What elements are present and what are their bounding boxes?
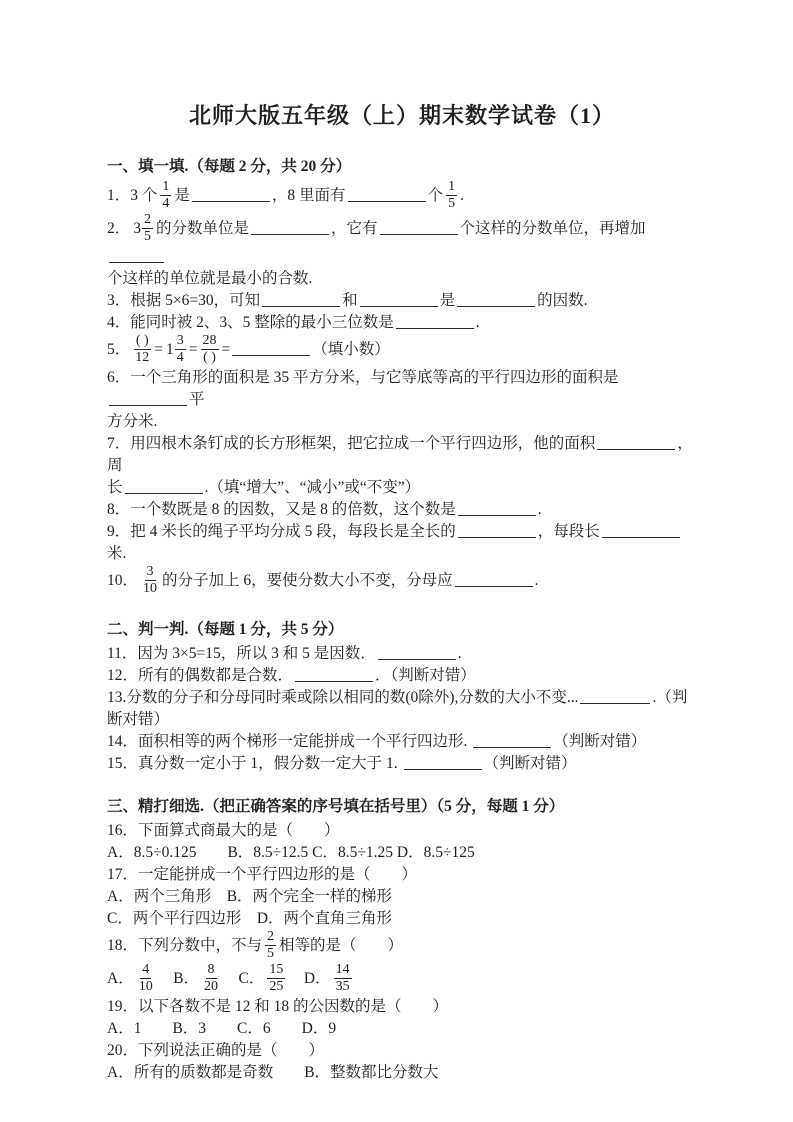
text-run: 个: [428, 187, 444, 204]
text-run: =: [154, 341, 163, 358]
fraction: ( )12: [133, 333, 151, 366]
fraction: 820: [202, 962, 220, 995]
text-run: .: [538, 501, 542, 518]
answer-blank: [580, 689, 650, 704]
fraction-stack: 410: [137, 962, 155, 995]
answer-blank: [251, 220, 329, 235]
question-17-options-cd: C．两个平行四边形 D．两个直角三角形: [107, 908, 697, 930]
fraction-numerator: 4: [140, 962, 151, 979]
answer-blank: [360, 292, 438, 307]
text-run: 2．: [107, 220, 130, 237]
fraction-stack: 1435: [334, 962, 352, 995]
fraction-numerator: 28: [201, 333, 219, 350]
text-run: A．1 B．3 C．6 D．9: [107, 1020, 336, 1037]
answer-blank: [232, 341, 310, 356]
text-run: 4．能同时被 2、3、5 整除的最小三位数是: [107, 314, 394, 331]
text-run: 的因数.: [537, 292, 587, 309]
fraction-stack: 15: [446, 179, 457, 212]
fraction-numerator: 1: [446, 179, 457, 196]
fraction: 1525: [267, 962, 285, 995]
text-run: 11．因为 3×5=15，所以 3 和 5 是因数．: [107, 645, 376, 662]
fraction-whole: 3: [133, 218, 141, 240]
answer-blank: [380, 220, 458, 235]
question-20-options: A．所有的质数都是奇数 B．整数都比分数大: [107, 1062, 697, 1084]
text-run: 的分数单位是: [156, 220, 249, 237]
text-run: 方分米.: [107, 413, 157, 430]
answer-blank: [109, 248, 164, 263]
text-run: D．: [288, 970, 330, 987]
question-5: 5．( )12=134=28( )=（填小数）: [107, 334, 697, 367]
section-2-heading: 二、判一判.（每题 1 分，共 5 分）: [107, 619, 697, 641]
answer-blank: [455, 572, 533, 587]
text-run: .: [535, 572, 539, 589]
question-18-options: A．410 B．820 C．1525 D．1435: [107, 963, 697, 996]
fraction: 15: [446, 179, 457, 212]
text-run: 个这样的单位就是最小的合数.: [107, 270, 312, 287]
text-run: 14．面积相等的两个梯形一定能拼成一个平行四边形.: [107, 733, 471, 750]
answer-blank: [348, 187, 426, 202]
answer-blank: [125, 479, 203, 494]
answer-blank: [597, 435, 675, 450]
section-1-heading: 一、填一填.（每题 2 分，共 20 分）: [107, 156, 697, 178]
text-run: 相等的是（ ）: [279, 937, 403, 954]
fraction-denominator: 4: [175, 350, 186, 366]
text-run: B．: [158, 970, 199, 987]
fraction: 325: [133, 212, 153, 245]
text-run: （判断对错）: [484, 755, 577, 772]
text-run: .（判: [652, 689, 687, 706]
question-7-cont: 长.（填“增大”、“减小”或“不变”）: [107, 477, 697, 499]
fraction-whole: 1: [166, 339, 174, 361]
fraction: 14: [160, 179, 171, 212]
fraction-stack: 1525: [267, 962, 285, 995]
text-run: 13.分数的分子和分母同时乘或除以相同的数(0除外),分数的大小不变...: [107, 689, 578, 706]
text-run: 12．所有的偶数都是合数．: [107, 667, 293, 684]
text-run: A．: [107, 970, 134, 987]
question-2-cont: 个这样的单位就是最小的合数.: [107, 268, 697, 290]
fraction-denominator: 25: [267, 979, 285, 995]
question-18: 18．下列分数中，不与25相等的是（ ）: [107, 930, 697, 963]
text-run: 是: [174, 187, 190, 204]
fraction-numerator: 2: [142, 212, 153, 229]
text-run: 9．把 4 米长的绳子平均分成 5 段，每段长是全长的: [107, 523, 456, 540]
fraction: 134: [166, 333, 186, 366]
question-4: 4．能同时被 2、3、5 整除的最小三位数是.: [107, 312, 697, 334]
fraction: 28( ): [201, 333, 219, 366]
answer-blank: [404, 755, 482, 770]
text-run: C．两个平行四边形 D．两个直角三角形: [107, 910, 392, 927]
question-17-options-ab: A．两个三角形 B．两个完全一样的梯形: [107, 886, 697, 908]
page-title: 北师大版五年级（上）期末数学试卷（1）: [107, 100, 697, 132]
fraction: 410: [137, 962, 155, 995]
exam-content: 一、填一填.（每题 2 分，共 20 分）1．3 个14是，8 里面有个15.2…: [107, 156, 697, 1084]
text-run: A．所有的质数都是奇数 B．整数都比分数大: [107, 1064, 439, 1081]
text-run: 是: [440, 292, 456, 309]
text-run: 平: [189, 391, 205, 408]
text-run: 19．以下各数不是 12 和 18 的公因数的是（ ）: [107, 998, 448, 1015]
text-run: 20．下列说法正确的是（ ）: [107, 1042, 324, 1059]
fraction-denominator: 12: [133, 350, 151, 366]
fraction-denominator: 4: [160, 196, 171, 212]
fraction: 1435: [334, 962, 352, 995]
question-17: 17．一定能拼成一个平行四边形的是（ ）: [107, 864, 697, 886]
fraction-stack: 820: [202, 962, 220, 995]
answer-blank: [396, 314, 474, 329]
question-19: 19．以下各数不是 12 和 18 的公因数的是（ ）: [107, 996, 697, 1018]
text-run: 三、精打细选.（把正确答案的序号填在括号里）（5 分，每题 1 分）: [107, 798, 564, 815]
question-14: 14．面积相等的两个梯形一定能拼成一个平行四边形. （判断对错）: [107, 731, 697, 753]
text-run: （判断对错）: [553, 733, 646, 750]
fraction-denominator: ( ): [201, 350, 218, 366]
text-run: 3．根据 5×6=30，可知: [107, 292, 260, 309]
answer-blank: [458, 501, 536, 516]
answer-blank: [473, 733, 551, 748]
question-6-cont: 方分米.: [107, 411, 697, 433]
answer-blank: [192, 187, 270, 202]
text-run: .: [458, 645, 462, 662]
fraction-numerator: 14: [334, 962, 352, 979]
fraction-denominator: 5: [142, 229, 153, 245]
text-run: 1．3 个: [107, 187, 157, 204]
answer-blank: [262, 292, 340, 307]
section-3-heading: 三、精打细选.（把正确答案的序号填在括号里）（5 分，每题 1 分）: [107, 796, 697, 818]
fraction-denominator: 10: [141, 581, 159, 597]
text-run: .: [460, 187, 464, 204]
fraction-denominator: 5: [265, 946, 276, 962]
fraction-numerator: ( ): [134, 333, 151, 350]
text-run: 16．下面算式商最大的是（ ）: [107, 822, 340, 839]
question-8: 8．一个数既是 8 的因数，又是 8 的倍数，这个数是.: [107, 499, 697, 521]
question-20: 20．下列说法正确的是（ ）: [107, 1040, 697, 1062]
fraction-denominator: 5: [446, 196, 457, 212]
fraction-stack: ( )12: [133, 333, 151, 366]
question-6: 6．一个三角形的面积是 35 平方分米，与它等底等高的平行四边形的面积是平: [107, 367, 697, 411]
question-11: 11．因为 3×5=15，所以 3 和 5 是因数．.: [107, 643, 697, 665]
question-12: 12．所有的偶数都是合数．．（判断对错）: [107, 665, 697, 687]
text-run: 长: [107, 479, 123, 496]
fraction-stack: 34: [175, 333, 186, 366]
question-19-options: A．1 B．3 C．6 D．9: [107, 1018, 697, 1040]
fraction-numerator: 2: [265, 929, 276, 946]
text-run: A．8.5÷0.125 B．8.5÷12.5 C．8.5÷1.25 D．8.5÷…: [107, 844, 475, 861]
fraction-stack: 310: [141, 564, 159, 597]
text-run: 和: [342, 292, 358, 309]
question-15: 15．真分数一定小于 1，假分数一定大于 1. （判断对错）: [107, 753, 697, 775]
text-run: 二、判一判.（每题 1 分，共 5 分）: [107, 621, 343, 638]
text-run: C．: [223, 970, 264, 987]
fraction-stack: 25: [142, 212, 153, 245]
text-run: .: [476, 314, 480, 331]
fraction-denominator: 10: [137, 979, 155, 995]
text-run: （填小数）: [312, 341, 390, 358]
answer-blank: [457, 292, 535, 307]
exam-page: 北师大版五年级（上）期末数学试卷（1） 一、填一填.（每题 2 分，共 20 分…: [0, 0, 793, 1122]
text-run: 18．下列分数中，不与: [107, 937, 262, 954]
fraction-numerator: 8: [206, 962, 217, 979]
text-run: A．两个三角形 B．两个完全一样的梯形: [107, 888, 392, 905]
text-run: ，它有: [331, 220, 378, 237]
text-run: =: [189, 341, 198, 358]
text-run: ，8 里面有: [272, 187, 346, 204]
question-1: 1．3 个14是，8 里面有个15.: [107, 180, 697, 213]
fraction-numerator: 3: [175, 333, 186, 350]
fraction-numerator: 1: [160, 179, 171, 196]
text-run: 15．真分数一定小于 1，假分数一定大于 1.: [107, 755, 402, 772]
question-10: 10．310的分子加上 6，要使分数大小不变，分母应.: [107, 565, 697, 598]
fraction: 25: [265, 929, 276, 962]
text-run: 断对错）: [107, 711, 169, 728]
text-run: 米.: [107, 545, 126, 562]
text-run: 5．: [107, 341, 130, 358]
text-run: =: [222, 341, 231, 358]
text-run: 个这样的分数单位，再增加: [460, 220, 646, 237]
question-2: 2．325的分数单位是，它有个这样的分数单位，再增加: [107, 213, 697, 268]
fraction-stack: 14: [160, 179, 171, 212]
fraction-stack: 25: [265, 929, 276, 962]
question-16: 16．下面算式商最大的是（ ）: [107, 820, 697, 842]
question-3: 3．根据 5×6=30，可知和是的因数.: [107, 290, 697, 312]
fraction: 310: [141, 564, 159, 597]
text-run: 一、填一填.（每题 2 分，共 20 分）: [107, 158, 351, 175]
fraction-numerator: 15: [267, 962, 285, 979]
text-run: 7．用四根木条钉成的长方形框架，把它拉成一个平行四边形，他的面积: [107, 435, 595, 452]
text-run: ，每段长: [538, 523, 600, 540]
fraction-numerator: 3: [145, 564, 156, 581]
question-9: 9．把 4 米长的绳子平均分成 5 段，每段长是全长的，每段长米.: [107, 521, 697, 565]
answer-blank: [602, 523, 680, 538]
text-run: 的分子加上 6，要使分数大小不变，分母应: [162, 572, 453, 589]
fraction-denominator: 35: [334, 979, 352, 995]
fraction-denominator: 20: [202, 979, 220, 995]
text-run: 10．: [107, 572, 138, 589]
fraction-stack: 28( ): [201, 333, 219, 366]
question-13: 13.分数的分子和分母同时乘或除以相同的数(0除外),分数的大小不变....（判: [107, 687, 697, 709]
question-16-options: A．8.5÷0.125 B．8.5÷12.5 C．8.5÷1.25 D．8.5÷…: [107, 842, 697, 864]
answer-blank: [295, 667, 373, 682]
question-7: 7．用四根木条钉成的长方形框架，把它拉成一个平行四边形，他的面积，周: [107, 433, 697, 477]
text-run: .（填“增大”、“减小”或“不变”）: [205, 479, 421, 496]
question-13-cont: 断对错）: [107, 709, 697, 731]
text-run: ．（判断对错）: [375, 667, 476, 684]
text-run: 17．一定能拼成一个平行四边形的是（ ）: [107, 866, 417, 883]
answer-blank: [109, 391, 187, 406]
answer-blank: [378, 645, 456, 660]
text-run: 8．一个数既是 8 的因数，又是 8 的倍数，这个数是: [107, 501, 456, 518]
text-run: 6．一个三角形的面积是 35 平方分米，与它等底等高的平行四边形的面积是: [107, 369, 619, 386]
answer-blank: [458, 523, 536, 538]
